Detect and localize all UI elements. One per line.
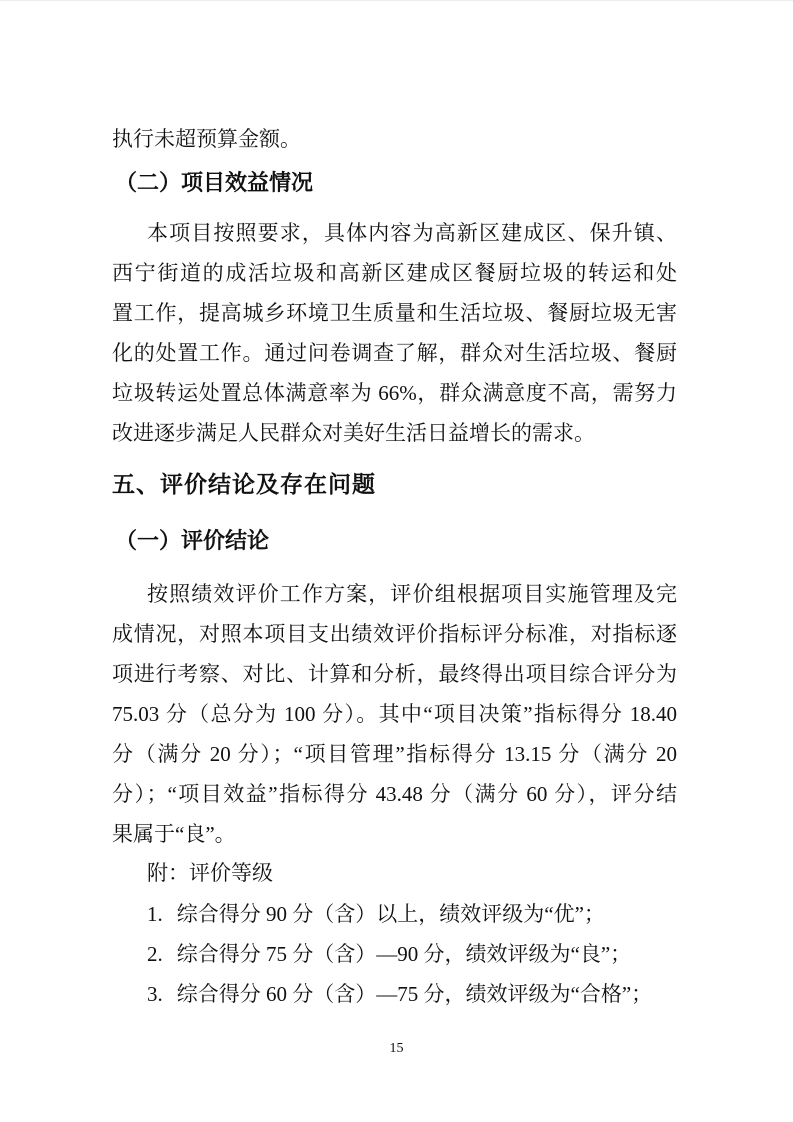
- grade-level-item: 1. 综合得分 90 分（含）以上，绩效评级为“优”；: [147, 894, 677, 934]
- paragraph-line: 分）；“项目效益”指标得分 43.48 分（满分 60 分），评分结: [112, 774, 677, 814]
- list-item-number: 2.: [147, 934, 163, 974]
- list-item-text: 综合得分 60 分（含）—75 分，绩效评级为“合格”；: [177, 974, 677, 1014]
- document-page: 执行未超预算金额。 （二）项目效益情况 本项目按照要求，具体内容为高新区建成区、…: [0, 0, 793, 1122]
- paragraph-line: 75.03 分（总分为 100 分）。其中“项目决策”指标得分 18.40: [112, 694, 677, 734]
- paragraph-carryover-line: 执行未超预算金额。: [112, 119, 677, 159]
- list-item-number: 1.: [147, 894, 163, 934]
- paragraph-line: 果属于“良”。: [112, 814, 677, 854]
- list-item-text: 综合得分 90 分（含）以上，绩效评级为“优”；: [177, 894, 677, 934]
- section-heading-2-2: （二）项目效益情况: [115, 162, 680, 204]
- paragraph-line: 项进行考察、对比、计算和分析，最终得出项目综合评分为: [112, 654, 677, 694]
- grade-level-item: 3. 综合得分 60 分（含）—75 分，绩效评级为“合格”；: [147, 974, 677, 1014]
- conclusion-paragraph: 按照绩效评价工作方案，评价组根据项目实施管理及完 成情况，对照本项目支出绩效评价…: [112, 574, 677, 854]
- paragraph-line: 置工作，提高城乡环境卫生质量和生活垃圾、餐厨垃圾无害: [112, 293, 677, 333]
- grade-level-list: 1. 综合得分 90 分（含）以上，绩效评级为“优”； 2. 综合得分 75 分…: [112, 894, 677, 1014]
- paragraph-line: 垃圾转运处置总体满意率为 66%，群众满意度不高，需努力: [112, 373, 677, 413]
- paragraph-line: 西宁街道的成活垃圾和高新区建成区餐厨垃圾的转运和处: [112, 253, 677, 293]
- paragraph-line: 成情况，对照本项目支出绩效评价指标评分标准，对指标逐: [112, 614, 677, 654]
- paragraph-line: 化的处置工作。通过问卷调查了解，群众对生活垃圾、餐厨: [112, 333, 677, 373]
- paragraph-line: 本项目按照要求，具体内容为高新区建成区、保升镇、: [112, 213, 677, 253]
- grade-level-item: 2. 综合得分 75 分（含）—90 分，绩效评级为“良”；: [147, 934, 677, 974]
- section-heading-5: 五、评价结论及存在问题: [112, 462, 677, 506]
- paragraph-line: 改进逐步满足人民群众对美好生活日益增长的需求。: [112, 413, 677, 453]
- page-number: 15: [0, 1039, 793, 1059]
- paragraph-line: 分（满分 20 分）；“项目管理”指标得分 13.15 分（满分 20: [112, 734, 677, 774]
- section-heading-5-1: （一）评价结论: [115, 520, 680, 562]
- benefit-paragraph: 本项目按照要求，具体内容为高新区建成区、保升镇、 西宁街道的成活垃圾和高新区建成…: [112, 213, 677, 453]
- list-item-number: 3.: [147, 974, 163, 1014]
- list-item-text: 综合得分 75 分（含）—90 分，绩效评级为“良”；: [177, 934, 677, 974]
- attachment-label: 附：评价等级: [112, 853, 677, 893]
- paragraph-line: 按照绩效评价工作方案，评价组根据项目实施管理及完: [112, 574, 677, 614]
